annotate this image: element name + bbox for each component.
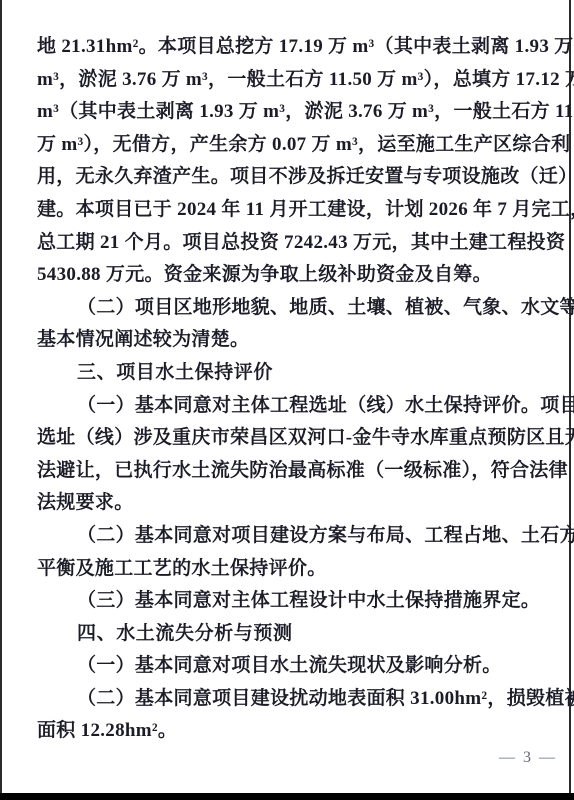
text-line: （二）基本同意项目建设扰动地表面积 31.00hm²，损毁植被 (37, 683, 538, 716)
page-number: — 3 — (499, 749, 557, 767)
text-line: （二）项目区地形地貌、地质、土壤、植被、气象、水文等 (37, 292, 538, 325)
text-line: 万 m³），无借方，产生余方 0.07 万 m³，运至施工生产区综合利 (37, 129, 538, 162)
text-line: m³（其中表土剥离 1.93 万 m³，淤泥 3.76 万 m³，一般土石方 1… (37, 96, 538, 129)
text-line: 法规要求。 (37, 487, 538, 520)
text-line: 法避让，已执行水土流失防治最高标准（一级标准），符合法律 (37, 455, 538, 488)
text-line: 总工期 21 个月。项目总投资 7242.43 万元，其中土建工程投资 (37, 227, 538, 260)
text-line: 面积 12.28hm²。 (37, 715, 538, 748)
left-scan-edge (0, 0, 2, 800)
text-line: 基本情况阐述较为清楚。 (37, 324, 538, 357)
text-line: m³，淤泥 3.76 万 m³，一般土石方 11.50 万 m³），总填方 17… (37, 64, 538, 97)
text-line: （二）基本同意对项目建设方案与布局、工程占地、土石方 (37, 520, 538, 553)
text-line: 5430.88 万元。资金来源为争取上级补助资金及自筹。 (37, 259, 538, 292)
text-line: （三）基本同意对主体工程设计中水土保持措施界定。 (37, 585, 538, 618)
text-line: 建。本项目已于 2024 年 11 月开工建设，计划 2026 年 7 月完工， (37, 194, 538, 227)
text-line: 用，无永久弃渣产生。项目不涉及拆迁安置与专项设施改（迁） (37, 161, 538, 194)
text-line: （一）基本同意对主体工程选址（线）水土保持评价。项目 (37, 390, 538, 423)
document-body: 地 21.31hm²。本项目总挖方 17.19 万 m³（其中表土剥离 1.93… (37, 31, 538, 748)
section-heading: 三、项目水土保持评价 (37, 357, 538, 390)
text-line: 平衡及施工工艺的水土保持评价。 (37, 553, 538, 586)
bottom-scan-bar (0, 793, 574, 800)
document-page: 地 21.31hm²。本项目总挖方 17.19 万 m³（其中表土剥离 1.93… (0, 0, 574, 800)
section-heading: 四、水土流失分析与预测 (37, 618, 538, 651)
text-line: （一）基本同意对项目水土流失现状及影响分析。 (37, 650, 538, 683)
text-line: 选址（线）涉及重庆市荣昌区双河口-金牛寺水库重点预防区且无 (37, 422, 538, 455)
text-line: 地 21.31hm²。本项目总挖方 17.19 万 m³（其中表土剥离 1.93… (37, 31, 538, 64)
